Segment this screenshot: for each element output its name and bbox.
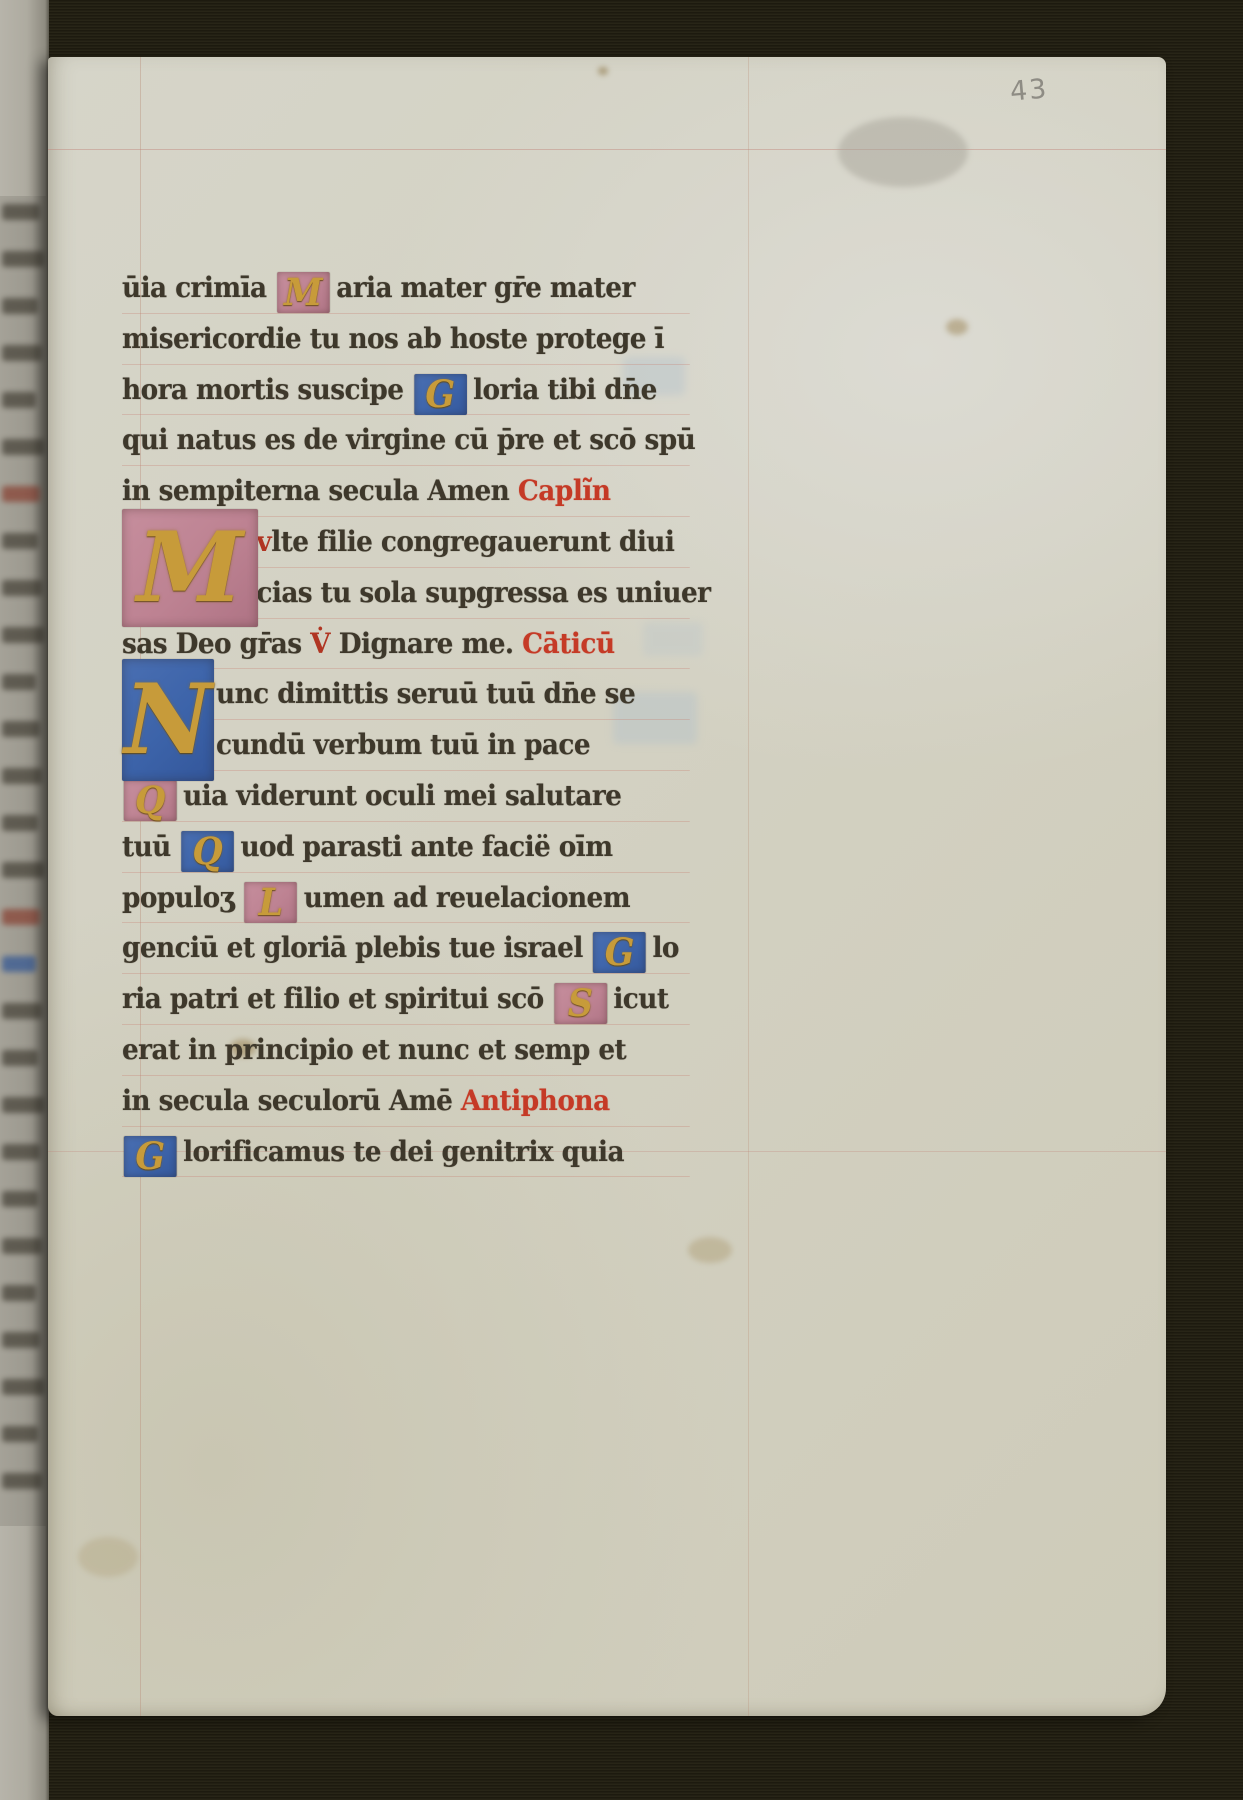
body-text: lte filie congregauerunt diui	[271, 525, 674, 558]
body-text: erat in principio et nunc et semp et	[122, 1033, 626, 1066]
stain	[78, 1537, 138, 1577]
illuminated-initial: L	[245, 882, 298, 923]
initial-letter: G	[425, 376, 455, 413]
illuminated-initial: S	[554, 983, 607, 1024]
illuminated-initial: G	[414, 374, 467, 415]
illuminated-initial: Q	[124, 780, 177, 821]
text-line: genciū et gloriā plebis tue israel Glo	[122, 923, 690, 974]
text-line: ria patri et filio et spiritui scō Sicut	[122, 974, 690, 1025]
page-edge-stack	[0, 0, 49, 1800]
initial-letter: Q	[135, 782, 165, 819]
stain	[688, 1237, 732, 1263]
bleedthrough-text-row	[2, 1050, 38, 1066]
bleedthrough-text-row	[2, 345, 42, 361]
body-text: ria patri et filio et spiritui scō	[122, 982, 552, 1015]
stain	[598, 67, 608, 75]
bleedthrough-text-row	[2, 298, 38, 314]
initial-letter: S	[568, 985, 593, 1022]
text-line: in secula seculorū Amē Antiphona	[122, 1076, 690, 1127]
initial-letter: L	[259, 884, 283, 921]
bleedthrough-text-row	[2, 721, 40, 737]
ruling-line-right	[748, 57, 749, 1716]
bleedthrough-text-row	[2, 1426, 38, 1442]
bleedthrough-text-row	[2, 1473, 42, 1489]
body-text: populoʒ	[122, 881, 243, 914]
underlying-leaf-edge	[0, 196, 46, 1526]
bleedthrough-text-row	[2, 1191, 38, 1207]
text-line: Glorificamus te dei genitrix quia	[122, 1127, 690, 1178]
offset-smudge	[838, 117, 968, 187]
illuminated-initial: G	[593, 932, 646, 973]
book-page: 43 ūia crimīa Maria mater gr̄e matermise…	[48, 57, 1166, 1716]
body-text: Dignare me.	[339, 627, 522, 660]
body-text: V̇	[310, 627, 339, 660]
body-text: in secula seculorū Amē	[122, 1084, 461, 1117]
bleedthrough-text-row	[2, 862, 44, 878]
rubric-text: Antiphona	[461, 1084, 610, 1117]
bleedthrough-text-row	[2, 1238, 42, 1254]
body-text: icut	[613, 982, 668, 1015]
illuminated-initial: G	[124, 1136, 177, 1177]
bleedthrough-text-row	[2, 815, 38, 831]
text-line: tuū Quod parasti ante facië oīm	[122, 822, 690, 873]
body-text: loria tibi dn̄e	[473, 373, 657, 406]
folio-number: 43	[1008, 73, 1049, 107]
bleedthrough-text-row	[2, 1097, 44, 1113]
body-text: tuū	[122, 830, 179, 863]
bleedthrough-text-row	[2, 486, 40, 502]
body-text: ūia crimīa	[122, 271, 275, 304]
body-text: unc dimittis seruū tuū dn̄e se	[216, 677, 635, 710]
body-text: aria mater gr̄e mater	[336, 271, 635, 304]
body-text: hora mortis suscipe	[122, 373, 412, 406]
ruling-line-top	[48, 149, 1166, 150]
bleedthrough-text-row	[2, 1144, 40, 1160]
initial-letter: M	[284, 274, 323, 311]
illuminated-initial: Q	[181, 831, 234, 872]
bleedthrough-text-row	[2, 674, 36, 690]
initial-letter: G	[605, 934, 635, 971]
bleedthrough-text-row	[2, 1379, 44, 1395]
bleedthrough-text-row	[2, 1285, 36, 1301]
body-text: cundū verbum tuū in pace	[216, 728, 590, 761]
text-line: ūia crimīa Maria mater gr̄e mater	[122, 263, 690, 314]
text-line: hora mortis suscipe Gloria tibi dn̄e	[122, 365, 690, 416]
initial-letter: N	[124, 672, 212, 768]
bleedthrough-text-row	[2, 439, 44, 455]
bleedthrough-text-row	[2, 1332, 40, 1348]
body-text: lorificamus te dei genitrix quia	[183, 1135, 624, 1168]
bleedthrough-text-row	[2, 533, 38, 549]
illuminated-initial: M	[277, 272, 330, 313]
initial-letter: M	[137, 520, 243, 616]
text-line: qui natus es de virgine cū p̄re et scō s…	[122, 415, 690, 466]
initial-letter: Q	[192, 833, 222, 870]
body-text: v	[256, 525, 271, 558]
body-text: sas Deo gr̄as	[122, 627, 310, 660]
bleedthrough-text-row	[2, 392, 36, 408]
text-line: misericordie tu nos ab hoste protege ī	[122, 314, 690, 365]
illuminated-initial-large: M	[122, 509, 258, 627]
rubric-text: Cāticū	[522, 627, 615, 660]
body-text: in sempiterna secula Amen	[122, 474, 518, 507]
manuscript-photo: 43 ūia crimīa Maria mater gr̄e matermise…	[0, 0, 1243, 1800]
text-line: erat in principio et nunc et semp et	[122, 1025, 690, 1076]
bleedthrough-text-row	[2, 627, 44, 643]
body-text: uia viderunt oculi mei salutare	[183, 779, 621, 812]
body-text: qui natus es de virgine cū p̄re et scō s…	[122, 423, 695, 456]
body-text: umen ad reuelacionem	[304, 881, 630, 914]
bleedthrough-text-row	[2, 1003, 42, 1019]
body-text: uod parasti ante facië oīm	[240, 830, 612, 863]
bleedthrough-text-row	[2, 909, 40, 925]
illuminated-initial-large: N	[122, 659, 214, 781]
body-text: misericordie tu nos ab hoste protege ī	[122, 322, 664, 355]
initial-letter: G	[135, 1138, 165, 1175]
stain	[946, 319, 968, 335]
rubric-text: Caplĩn	[518, 474, 611, 507]
body-text: cias tu sola supgressa es uniuer	[256, 576, 710, 609]
bleedthrough-text-row	[2, 768, 42, 784]
body-text: lo	[652, 931, 678, 964]
text-line: populoʒ Lumen ad reuelacionem	[122, 873, 690, 924]
bleedthrough-text-row	[2, 580, 42, 596]
bleedthrough-text-row	[2, 251, 44, 267]
body-text: genciū et gloriā plebis tue israel	[122, 931, 591, 964]
bleedthrough-text-row	[2, 204, 40, 220]
bleedthrough-text-row	[2, 956, 36, 972]
